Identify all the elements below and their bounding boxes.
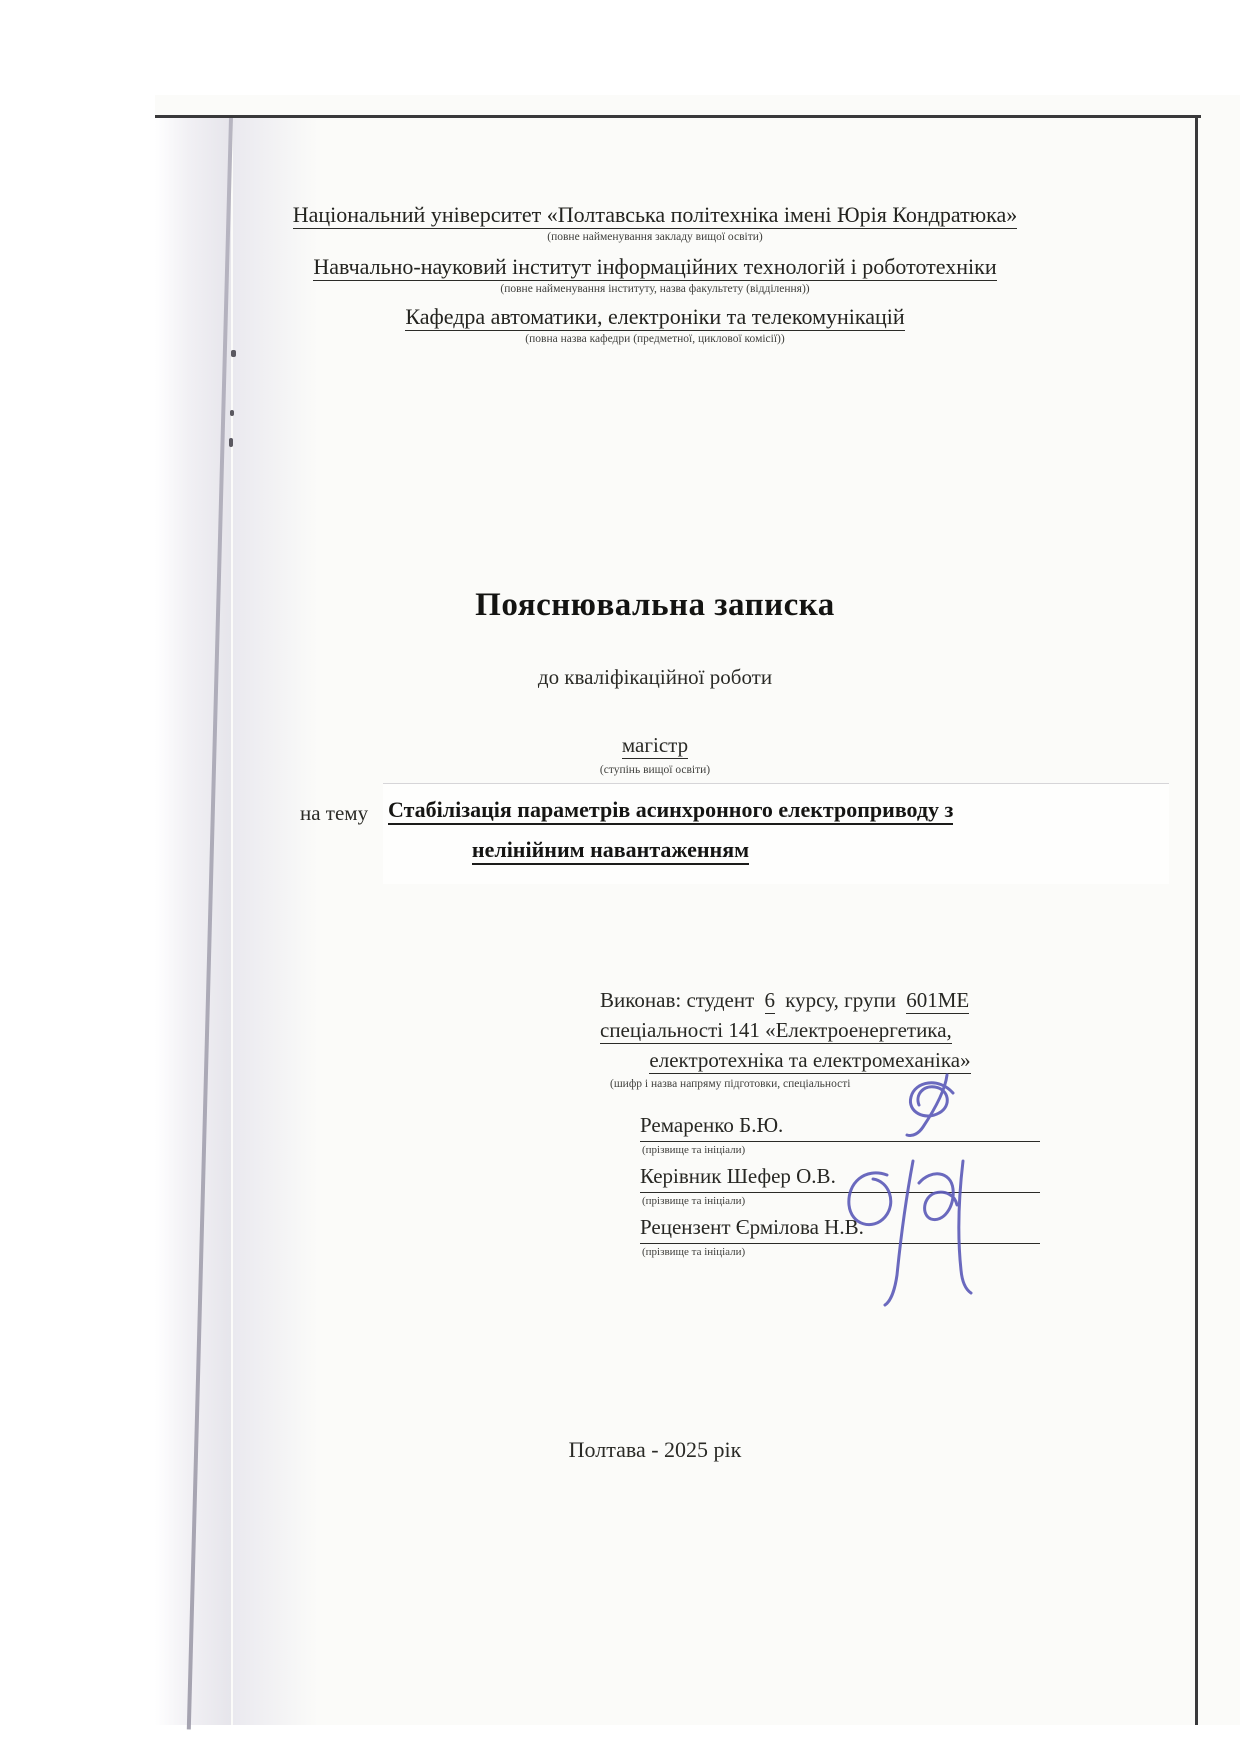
- scan-sheet: Національний університет «Полтавська пол…: [155, 95, 1240, 1725]
- department-name: Кафедра автоматики, електроніки та телек…: [250, 302, 1060, 332]
- handwritten-signatures: [835, 1065, 995, 1330]
- fold-shadow: [233, 118, 333, 1725]
- header-block: Національний університет «Полтавська пол…: [250, 200, 1060, 346]
- executor-middle: курсу, групи: [785, 988, 896, 1012]
- scan-speck: [229, 438, 233, 447]
- department-caption: (повна назва кафедри (предметної, циклов…: [250, 332, 1060, 346]
- topic-title: Стабілізація параметрів асинхронного еле…: [388, 795, 1018, 865]
- executor-prefix: Виконав: студент: [600, 988, 754, 1012]
- university-name: Національний університет «Полтавська пол…: [250, 200, 1060, 230]
- document-subtitle: до кваліфікаційної роботи: [250, 665, 1060, 690]
- city-year: Полтава - 2025 рік: [250, 1437, 1060, 1463]
- university-caption: (повне найменування закладу вищої освіти…: [250, 230, 1060, 244]
- topic-label: на тему: [300, 801, 368, 826]
- degree-level: магістр: [250, 733, 1060, 758]
- topic-line1: Стабілізація параметрів асинхронного еле…: [388, 795, 1018, 825]
- signature-ink: [835, 1065, 995, 1330]
- document-title: Пояснювальна записка: [250, 587, 1060, 624]
- executor-course: 6: [765, 988, 776, 1014]
- topic-line2: нелінійним навантаженням: [388, 835, 1018, 865]
- scanned-title-page: Національний університет «Полтавська пол…: [0, 0, 1240, 1754]
- institute-name: Навчально-науковий інститут інформаційни…: [250, 252, 1060, 282]
- institute-caption: (повне найменування інституту, назва фак…: [250, 282, 1060, 296]
- specialty-line1: спеціальності 141 «Електроенергетика,: [600, 1015, 1020, 1045]
- executor-group: 601МЕ: [906, 988, 969, 1014]
- scan-speck: [230, 410, 234, 416]
- degree-caption: (ступінь вищої освіти): [250, 763, 1060, 777]
- scan-right-edge: [1195, 115, 1198, 1725]
- scan-speck: [231, 350, 236, 357]
- executor-line: Виконав: студент 6 курсу, групи 601МЕ: [600, 985, 1020, 1015]
